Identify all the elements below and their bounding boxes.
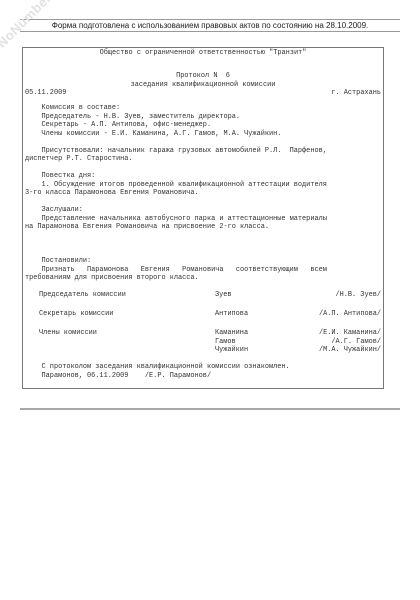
acknowledgement-line-2: Парамонов, 06.11.2009 /Е.Р. Парамонов/ xyxy=(25,372,381,381)
signature-full-member-1: /Е.И. Каманина/ xyxy=(319,329,381,338)
resolved-line-2: требованиям для присвоения второго класс… xyxy=(25,274,381,283)
protocol-city: г. Астрахань xyxy=(25,89,381,98)
agenda-line-2: 3-го класса Парамонова Евгения Романович… xyxy=(25,189,381,198)
signature-name-chairman: Зуев xyxy=(215,291,232,300)
agenda-heading: Повестка дня: xyxy=(25,172,381,181)
signature-name-member-2: Гамов xyxy=(215,338,236,347)
protocol-document: Общество с ограниченной ответственностью… xyxy=(22,47,384,389)
signature-role-members: Члены комиссии xyxy=(39,329,97,338)
present-line-2: диспетчер Р.Т. Старостина. xyxy=(25,155,381,164)
signature-full-chairman: /Н.В. Зуев/ xyxy=(336,291,382,300)
signature-full-member-3: /М.А. Чужайкин/ xyxy=(319,346,381,355)
commission-members: Члены комиссии - Е.И. Каманина, А.Г. Гам… xyxy=(25,130,381,139)
signature-name-member-1: Каманина xyxy=(215,329,248,338)
commission-secretary: Секретарь - А.П. Антипова, офис-менеджер… xyxy=(25,121,381,130)
heard-heading: Заслушали: xyxy=(25,206,381,215)
resolved-heading: Постановили: xyxy=(25,257,381,266)
signature-full-member-2: /А.Г. Гамов/ xyxy=(331,338,381,347)
acknowledgement-line-1: С протоколом заседания квалификационной … xyxy=(25,363,381,372)
agenda-line-1: 1. Обсуждение итогов проведенной квалифи… xyxy=(25,181,381,190)
commission-heading: Комиссия в составе: xyxy=(25,104,381,113)
organization-name: Общество с ограниченной ответственностью… xyxy=(25,49,381,58)
resolved-line-1: Признать Парамонова Евгения Романовича с… xyxy=(25,266,381,275)
heard-line-1: Представление начальника автобусного пар… xyxy=(25,215,381,224)
heard-line-2: на Парамонова Евгения Романовича на прис… xyxy=(25,223,381,232)
signature-role-secretary: Секретарь комиссии xyxy=(39,310,113,319)
form-notice-banner: Форма подготовлена с использованием прав… xyxy=(20,19,400,32)
signature-role-chairman: Председатель комиссии xyxy=(39,291,126,300)
present-line-1: Присутствовали: начальник гаража грузовы… xyxy=(25,147,381,156)
signature-full-secretary: /А.П. Антипова/ xyxy=(319,310,381,319)
protocol-title: Протокол N 6 xyxy=(25,72,381,81)
signature-name-member-3: Чужайкин xyxy=(215,346,248,355)
commission-chairman: Председатель - Н.В. Зуев, заместитель ди… xyxy=(25,113,381,122)
bottom-divider xyxy=(20,408,400,410)
signature-name-secretary: Антипова xyxy=(215,310,248,319)
